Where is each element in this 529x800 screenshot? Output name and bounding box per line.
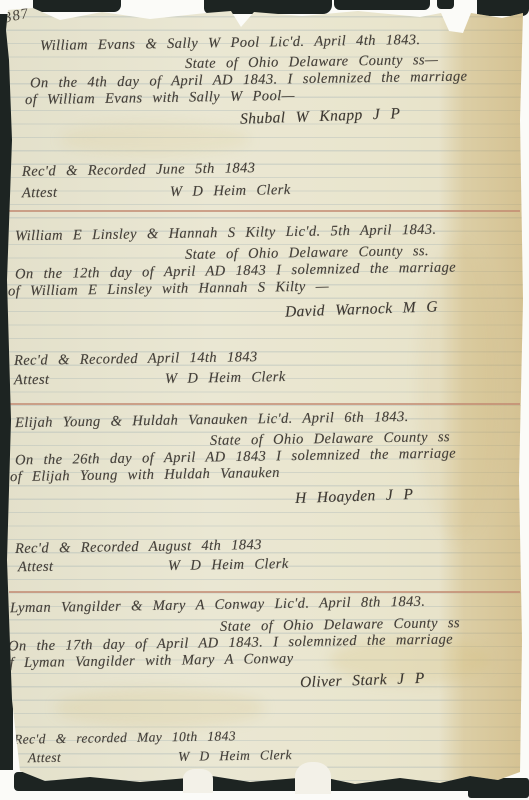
torn-edge-top [334, 0, 430, 10]
torn-paper-flap [183, 769, 213, 793]
torn-edge-bottom [468, 778, 529, 798]
entry-divider-line [9, 403, 520, 405]
attest-label: Attest [18, 560, 54, 576]
torn-paper-flap [295, 762, 331, 794]
scanned-ledger-photo: 387 William Evans & Sally W Pool Lic'd. … [0, 0, 529, 800]
clerk-signature: W D Heim Clerk [170, 183, 291, 201]
entry-divider-line [9, 591, 520, 593]
attest-label: Attest [14, 373, 50, 389]
paper-stain [60, 122, 250, 156]
clerk-signature: W D Heim Clerk [165, 370, 286, 388]
clerk-signature: W D Heim Clerk [178, 748, 292, 765]
ledger-page: 387 William Evans & Sally W Pool Lic'd. … [0, 0, 529, 800]
attest-label: Attest [28, 751, 61, 766]
attest-label: Attest [22, 186, 58, 202]
torn-edge-top [33, 0, 121, 12]
entry-divider-line [9, 210, 520, 212]
clerk-signature: W D Heim Clerk [168, 557, 289, 575]
paper-stain [55, 688, 265, 728]
torn-edge-top [437, 0, 454, 9]
paper-stain [418, 240, 498, 540]
